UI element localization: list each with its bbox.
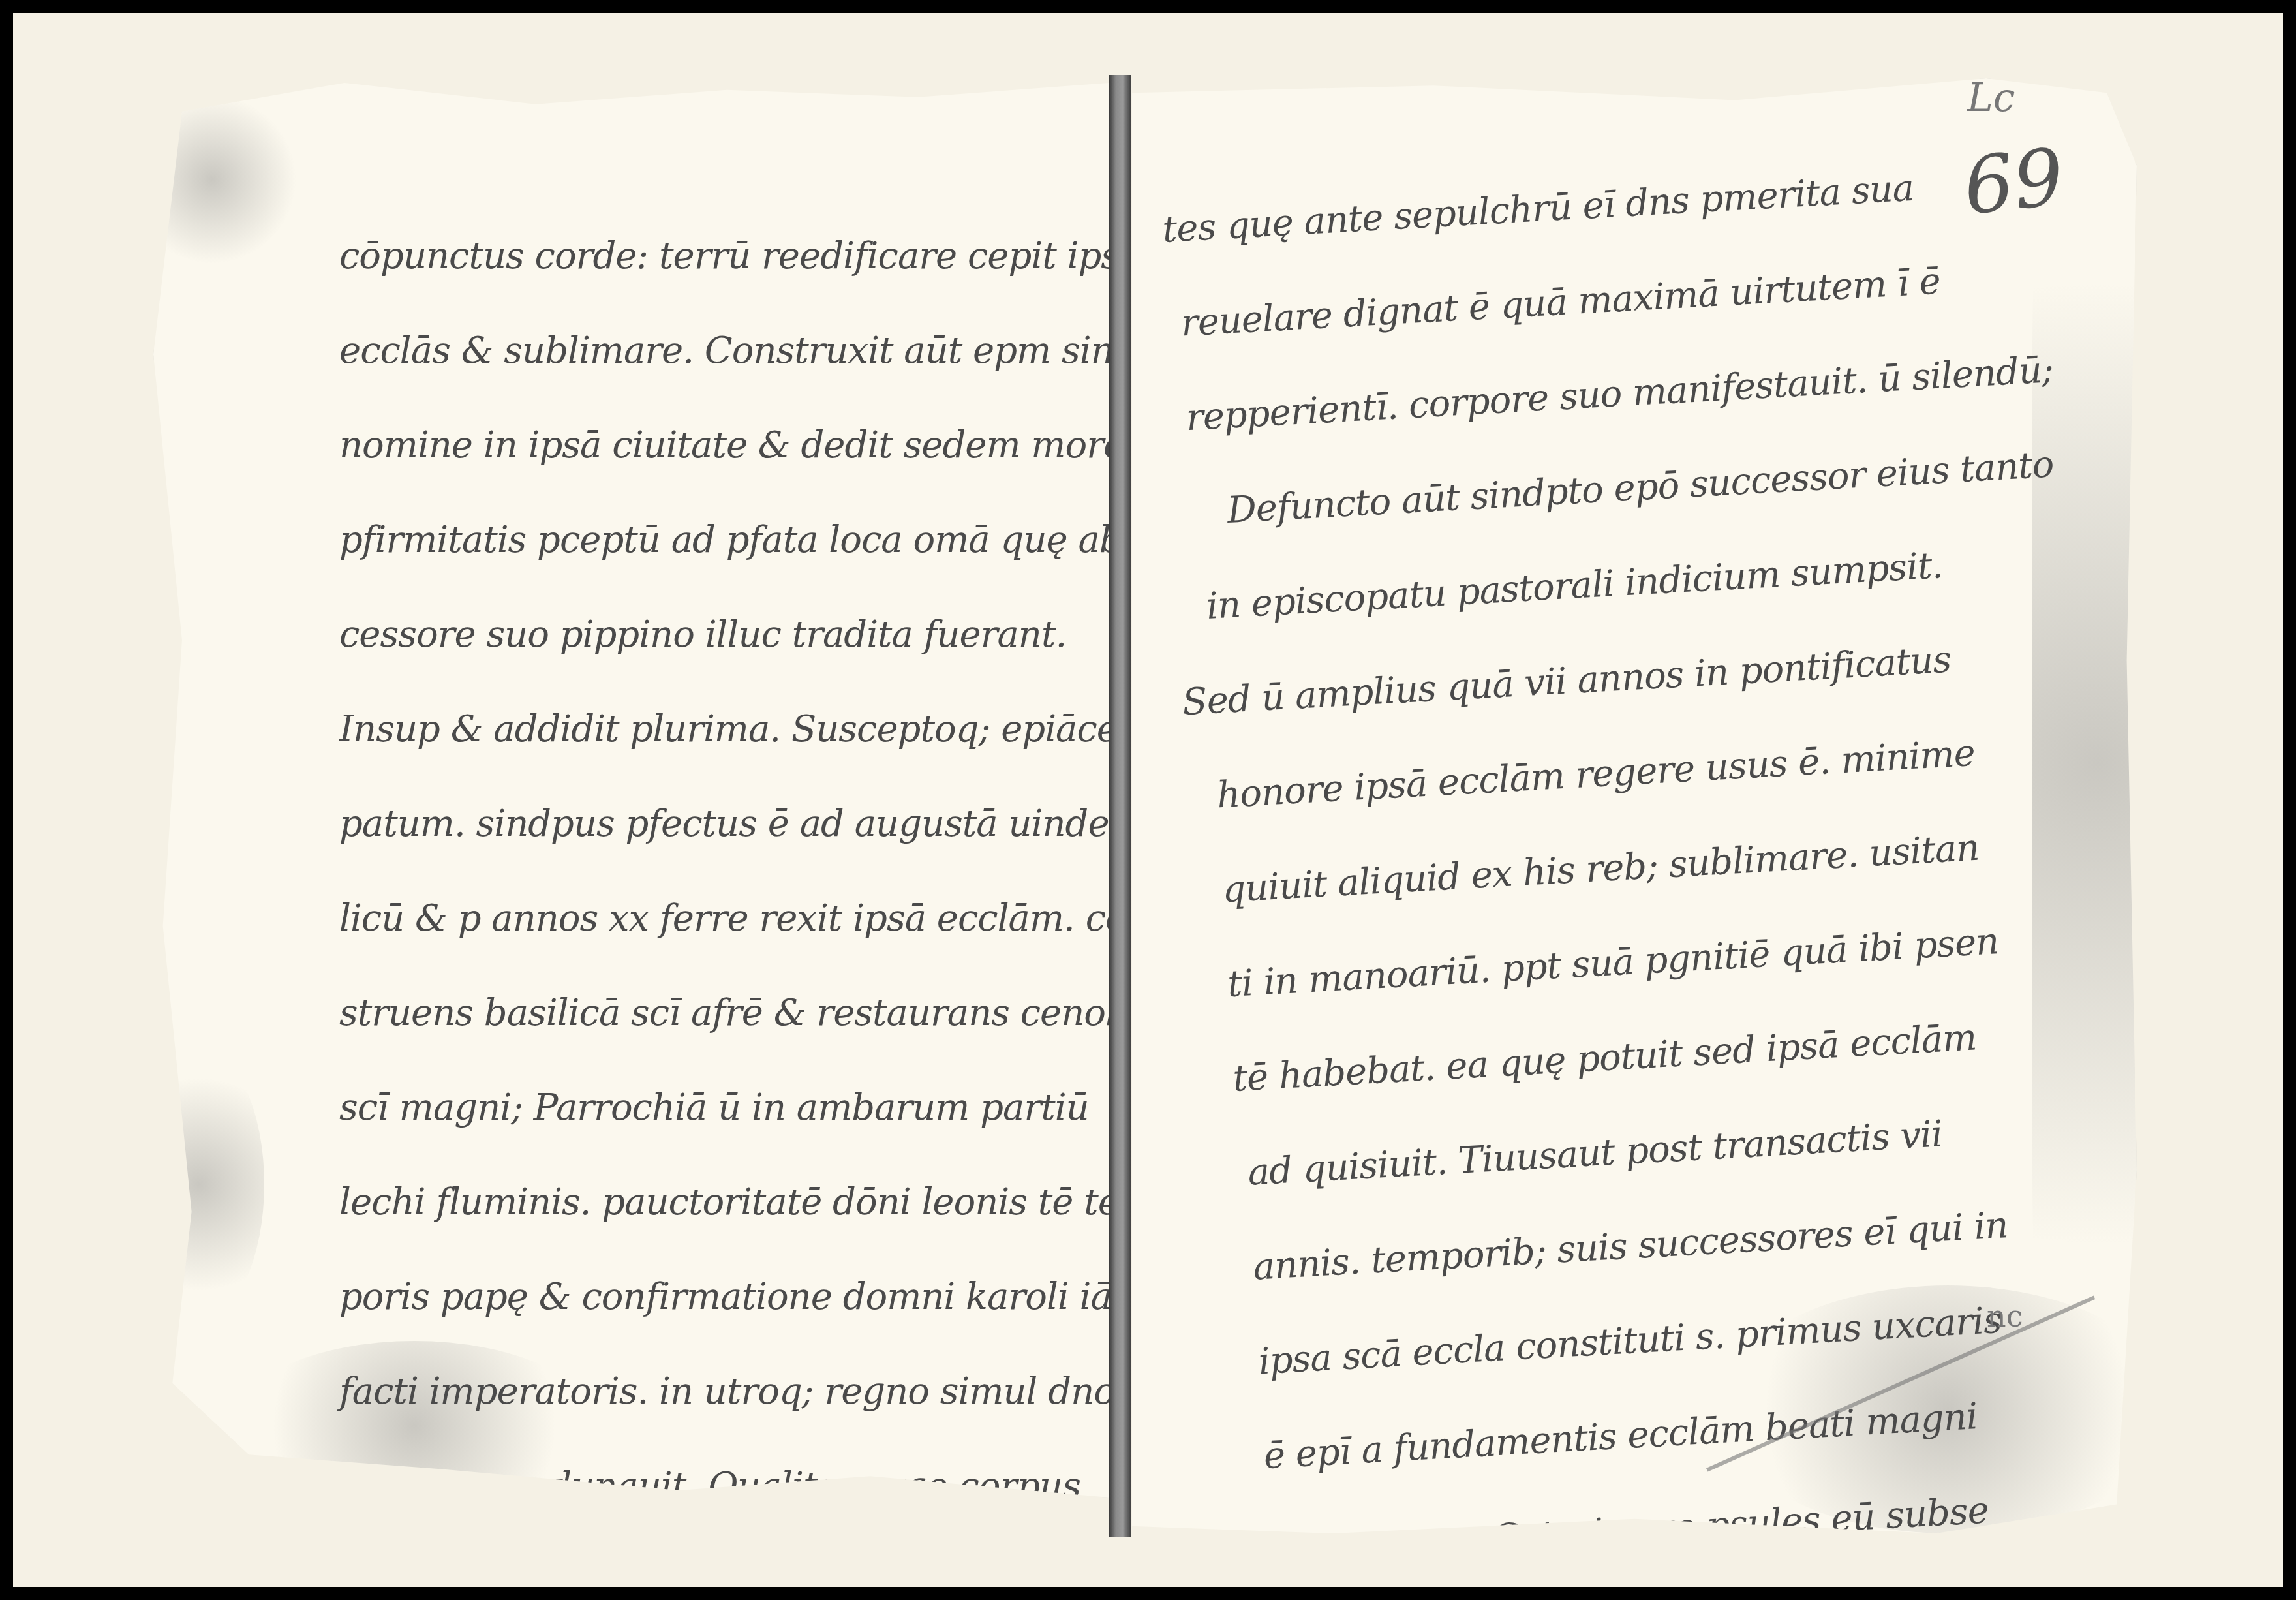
text-line: reuelare dignat ē quā maximā uirtutem ī …	[1180, 260, 1941, 345]
text-line: annis. temporib; suis successores eī qui…	[1252, 1204, 2009, 1289]
text-line: patum. sindpus pfectus ē ad augustā uind…	[339, 803, 1109, 845]
text-line: in episcopatu pastorali indicium sumpsit…	[1205, 544, 1944, 628]
scan-frame: cōpunctus corde: terrū reedificare cepit…	[13, 13, 2283, 1587]
text-line: ecclās & sublimare. Construxit aūt epm s…	[339, 330, 1184, 372]
book-gutter	[1109, 75, 1131, 1537]
text-line: repperientī. corpore suo manifestauit. ū…	[1185, 348, 2054, 439]
text-line: quiuit aliquid ex his reb; sublimare. us…	[1221, 827, 1980, 912]
stain	[127, 95, 297, 264]
text-line: struens basilicā scī afrē & restaurans c…	[339, 992, 1162, 1034]
text-line: lechi fluminis. pauctoritatē dōni leonis…	[339, 1181, 1153, 1223]
right-page: Lc 69 tes quę ante sepulchrū eī dns pmer…	[1132, 78, 2137, 1533]
corner-annotation: Lc	[1967, 75, 2015, 121]
text-line: tē habebat. ea quę potuit sed ipsā ecclā…	[1232, 1016, 1978, 1100]
text-line: Sed ū amplius quā vii annos in pontifica…	[1181, 639, 1952, 724]
text-line: Defuncto aūt sindpto epō successor eius …	[1226, 443, 2055, 532]
text-line: tes quę ante sepulchrū eī dns pmerita su…	[1161, 167, 1915, 251]
bottom-annotation: nc	[1987, 1299, 2023, 1334]
text-line: Insup & addidit plurima. Susceptoq; epiā…	[339, 708, 1118, 750]
stain	[2032, 78, 2163, 1449]
stain	[232, 1341, 597, 1511]
text-line: construere. Ceteri uero psules eū subse	[1274, 1489, 1989, 1571]
text-line: licū & p annos xx ferre rexit ipsā ecclā…	[339, 897, 1150, 940]
stain	[134, 1047, 264, 1321]
left-page: cōpunctus corde: terrū reedificare cepit…	[153, 69, 1109, 1498]
text-line: facti imperatoris. in utroq; regno simul…	[339, 1370, 1115, 1413]
text-line: honore ipsā ecclām regere usus ē. minime	[1216, 732, 1976, 817]
text-line: poris papę & confirmatione domni karoli …	[339, 1276, 1112, 1318]
text-line: beati magni repositū sit. & mira & crās …	[339, 1560, 1141, 1587]
text-line: cessore suo pippino illuc tradita fueran…	[339, 613, 1066, 656]
text-line: ad quisiuit. Tiuusaut post transactis vi…	[1247, 1113, 1944, 1193]
text-line: cōpunctus corde: terrū reedificare cepit…	[339, 235, 1158, 277]
text-line: scī magni; Parrochiā ū in ambarum partiū	[339, 1086, 1089, 1129]
text-line: nomine in ipsā ciuitate & dedit sedem mo…	[339, 424, 1230, 467]
text-line: fauente coadunauit. Qualiter ergo corpus	[339, 1465, 1080, 1507]
folio-number: 69	[1959, 132, 2068, 232]
text-line: ti in manoariū. ppt suā pgnitiē quā ibi …	[1227, 920, 2000, 1006]
text-line: pfirmitatis pceptū ad pfata loca omā quę…	[339, 519, 1212, 561]
